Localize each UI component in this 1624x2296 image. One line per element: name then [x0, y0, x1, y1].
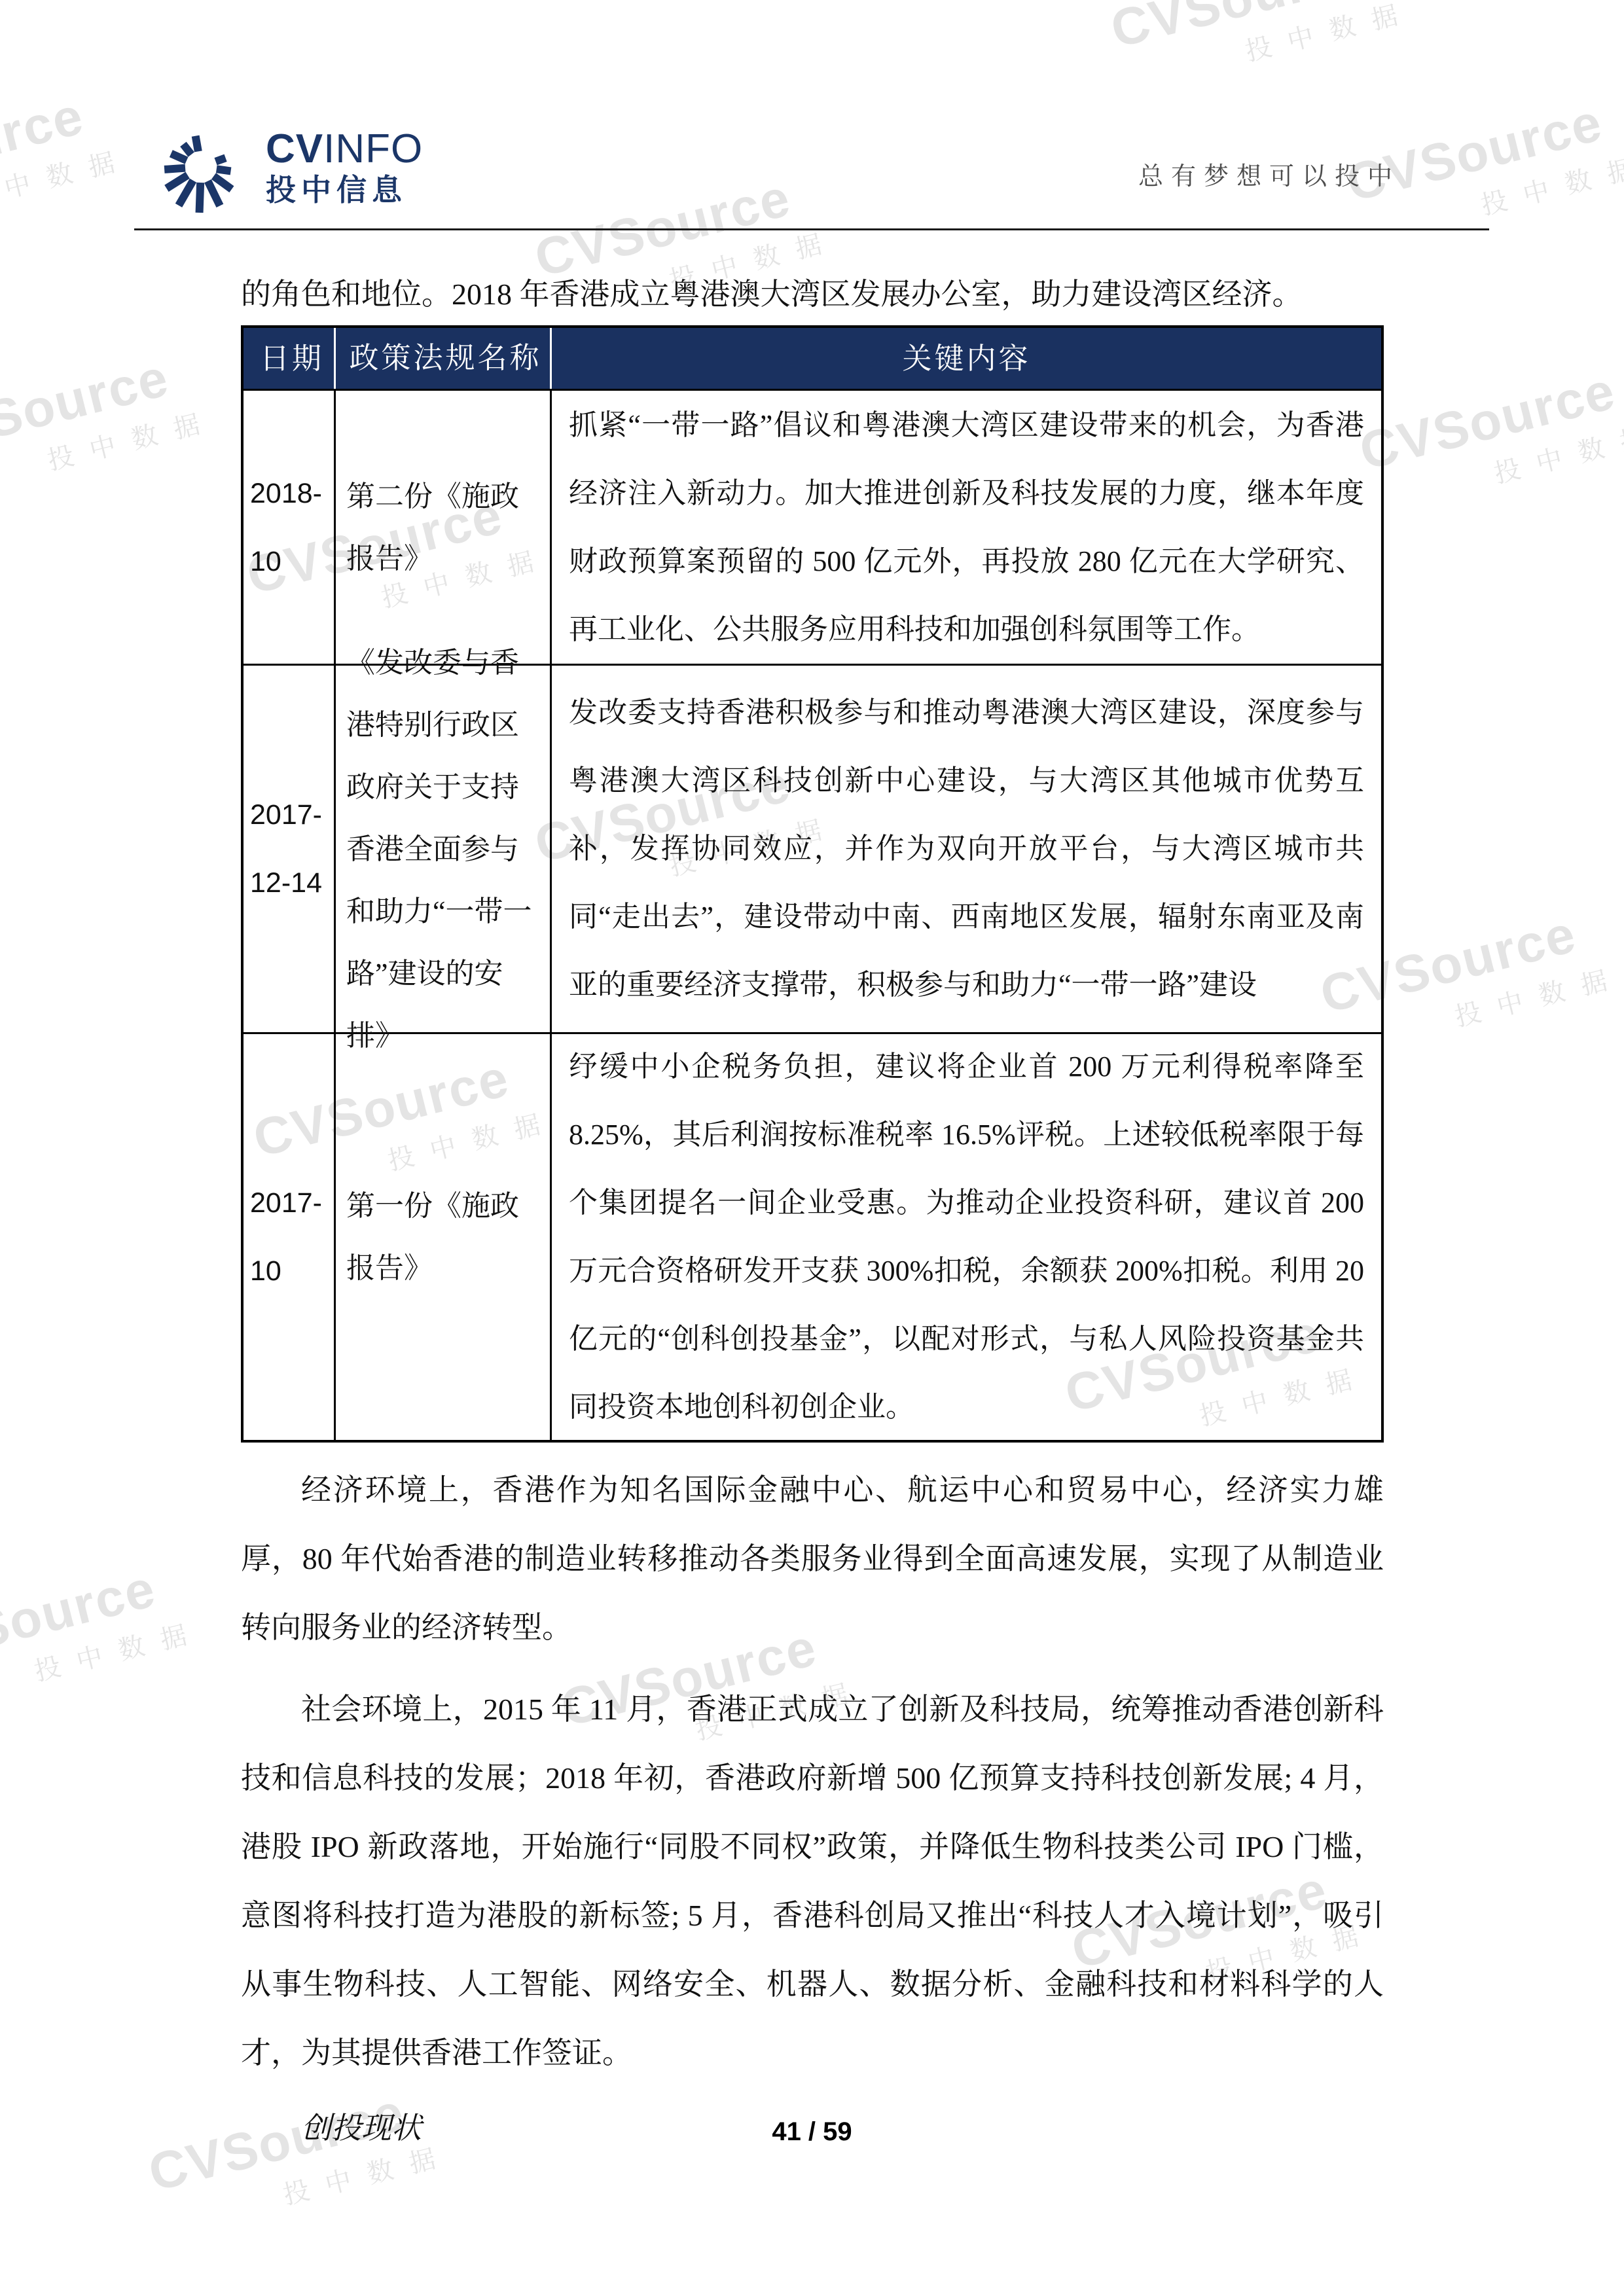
column-header-policy-name: 政策法规名称: [334, 328, 550, 389]
table-row: 2017-10 第一份《施政报告》 纾缓中小企税务负担，建议将企业首 200 万…: [244, 1032, 1381, 1440]
logo-info: INFO: [323, 126, 423, 171]
cell-key-content: 抓紧“一带一路”倡议和粤港澳大湾区建设带来的机会，为香港经济注入新动力。加大推进…: [550, 391, 1381, 664]
table-row: 2017-12-14 《发改委与香港特别行政区政府关于支持香港全面参与和助力“一…: [244, 664, 1381, 1032]
table-header-row: 日期 政策法规名称 关键内容: [244, 328, 1381, 389]
column-header-date: 日期: [244, 328, 334, 389]
header-divider: [134, 228, 1489, 230]
cell-date: 2018-10: [244, 391, 334, 664]
watermark: CVSource投中数据: [0, 338, 220, 507]
body-paragraph: 经济环境上，香港作为知名国际金融中心、航运中心和贸易中心，经济实力雄厚，80 年…: [241, 1456, 1384, 1662]
column-header-key-content: 关键内容: [550, 328, 1381, 389]
cell-date: 2017-12-14: [244, 666, 334, 1032]
body-paragraph: 社会环境上，2015 年 11 月，香港正式成立了创新及科技局，统筹推动香港创新…: [241, 1675, 1384, 2087]
logo-wordmark: CVINFO 投中信息: [266, 128, 423, 206]
logo-en: CVINFO: [266, 128, 423, 170]
cell-key-content: 发改委支持香港积极参与和推动粤港澳大湾区建设，深度参与粤港澳大湾区科技创新中心建…: [550, 666, 1381, 1032]
watermark: CVSource投中数据: [1105, 0, 1418, 99]
watermark: CVSource投中数据: [1354, 351, 1624, 520]
cell-policy-name: 第一份《施政报告》: [334, 1034, 550, 1440]
company-logo: CVINFO 投中信息: [152, 118, 423, 216]
header-slogan: 总有梦想可以投中: [1138, 156, 1400, 192]
table-row: 2018-10 第二份《施政报告》 抓紧“一带一路”倡议和粤港澳大湾区建设带来的…: [244, 389, 1381, 664]
cell-policy-name: 第二份《施政报告》: [334, 391, 550, 664]
document-page: CVSource投中数据CVSource投中数据CVSource投中数据CVSo…: [0, 0, 1624, 2296]
policy-table: 日期 政策法规名称 关键内容 2018-10 第二份《施政报告》 抓紧“一带一路…: [241, 325, 1384, 1443]
cell-policy-name: 《发改委与香港特别行政区政府关于支持香港全面参与和助力“一带一路”建设的安排》: [334, 666, 550, 1032]
cell-date: 2017-10: [244, 1034, 334, 1440]
watermark: CVSource投中数据: [0, 77, 135, 245]
logo-cv: CV: [266, 126, 323, 171]
watermark: CVSource投中数据: [0, 1549, 207, 1718]
logo-cn: 投中信息: [266, 174, 423, 206]
intro-paragraph: 的角色和地位。2018 年香港成立粤港澳大湾区发展办公室，助力建设湾区经济。: [241, 263, 1384, 325]
logo-burst-icon: [152, 118, 250, 216]
content-area: 的角色和地位。2018 年香港成立粤港澳大湾区发展办公室，助力建设湾区经济。 日…: [241, 263, 1384, 2162]
page-number: 41 / 59: [0, 2117, 1624, 2147]
cell-key-content: 纾缓中小企税务负担，建议将企业首 200 万元利得税率降至 8.25%，其后利润…: [550, 1034, 1381, 1440]
